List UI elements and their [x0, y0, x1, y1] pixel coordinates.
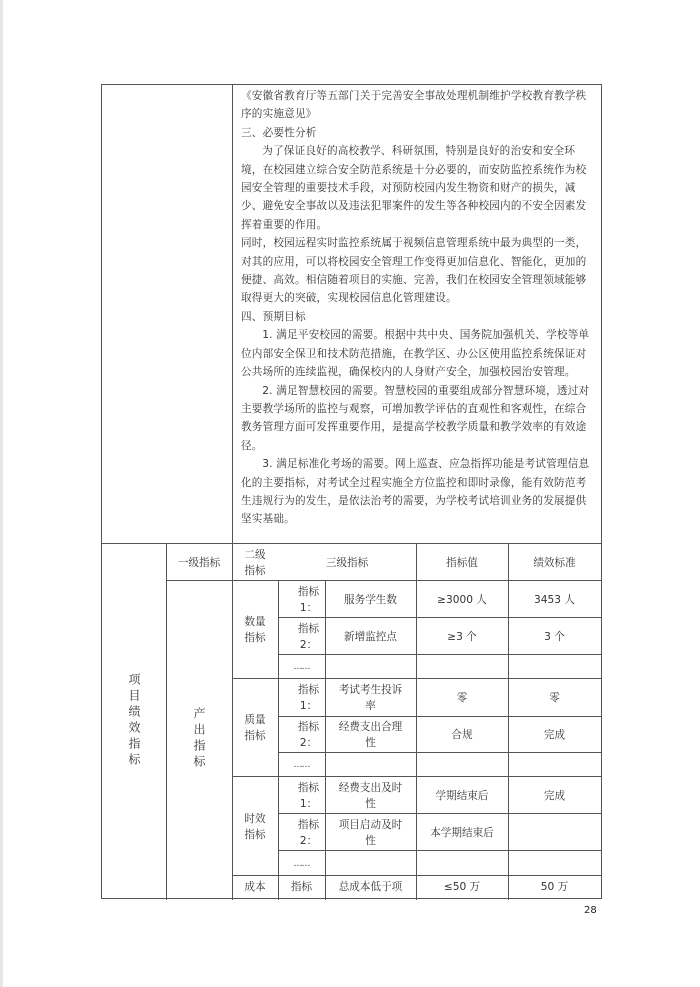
indicator-value: ≤50 万 — [416, 876, 508, 898]
level2-cost: 成本 — [232, 876, 278, 898]
goal-2: 2. 满足智慧校园的需要。智慧校园的重要组成部分智慧环境，透过对主要教学场所的监… — [241, 382, 596, 456]
policy-reference: 《安徽省教育厅等五部门关于完善安全事故处理机制维护学校教育教学秩序的实施意见》 — [241, 87, 596, 124]
level1-output-indicators: 产出指标 — [166, 581, 232, 897]
indicator-index: 指标 1： — [278, 581, 325, 618]
necessity-paragraph-1: 为了保证良好的高校教学、科研氛围，特别是良好的治安和安全环境，在校园建立综合安全… — [241, 142, 596, 234]
indicator-value: ≥3 个 — [416, 618, 508, 655]
indicator-index: 指标 1： — [278, 679, 325, 717]
indicator-value: 学期结束后 — [416, 777, 508, 814]
header-level1: 一级指标 — [166, 544, 232, 581]
indicator-name: 项目启动及时性 — [325, 814, 416, 851]
empty-label-cell — [102, 85, 233, 543]
performance-indicator-table: 项目绩效指标 一级指标 二级指标 三级指标 指标值 绩效标准 产出指标 数量指标… — [101, 543, 602, 899]
goal-3: 3. 满足标准化考场的需要。网上巡查、应急指挥功能是考试管理信息化的主要指标，对… — [241, 455, 596, 529]
page-number: 28 — [584, 905, 597, 916]
indicator-standard: 3453 人 — [508, 581, 601, 618]
indicator-standard: 零 — [508, 679, 601, 717]
indicator-value: 零 — [416, 679, 508, 717]
indicator-name: 服务学生数 — [325, 581, 416, 618]
level2-timeliness: 时效指标 — [232, 777, 278, 876]
level2-quantity: 数量指标 — [232, 581, 278, 679]
section-heading-goals: 四、预期目标 — [241, 308, 596, 326]
indicator-standard: 完成 — [508, 717, 601, 753]
indicator-name: 总成本低于项 — [325, 876, 416, 898]
narrative-text: 《安徽省教育厅等五部门关于完善安全事故处理机制维护学校教育教学秩序的实施意见》 … — [241, 87, 596, 529]
indicator-standard — [508, 814, 601, 851]
necessity-paragraph-2: 同时，校园远程实时监控系统属于视频信息管理系统中最为典型的一类，对其的应用，可以… — [241, 234, 596, 308]
indicator-standard: 3 个 — [508, 618, 601, 655]
indicator-standard: 50 万 — [508, 876, 601, 898]
document-page: 《安徽省教育厅等五部门关于完善安全事故处理机制维护学校教育教学秩序的实施意见》 … — [0, 0, 700, 987]
indicator-index: 指标 2： — [278, 717, 325, 753]
goal-1: 1. 满足平安校园的需要。根据中共中央、国务院加强机关、学校等单位内部安全保卫和… — [241, 326, 596, 381]
indicator-ellipsis: …… — [278, 655, 325, 679]
indicator-value: 本学期结束后 — [416, 814, 508, 851]
indicator-index: 指标 — [278, 876, 325, 898]
header-level3: 三级指标 — [278, 544, 416, 581]
indicator-index: 指标 2： — [278, 618, 325, 655]
header-level2: 二级指标 — [232, 544, 278, 581]
row-label-text: 项目绩效指标 — [125, 673, 143, 769]
indicator-name: 考试考生投诉率 — [325, 679, 416, 717]
indicator-name: 经费支出合理性 — [325, 717, 416, 753]
indicator-ellipsis: …… — [278, 851, 325, 876]
section-heading-necessity: 三、必要性分析 — [241, 124, 596, 142]
header-performance-standard: 绩效标准 — [508, 544, 601, 581]
header-indicator-value: 指标值 — [416, 544, 508, 581]
level1-output-text: 产出指标 — [190, 707, 208, 771]
indicator-index: 指标 1： — [278, 777, 325, 814]
indicator-name: 新增监控点 — [325, 618, 416, 655]
row-label-project-performance: 项目绩效指标 — [102, 544, 166, 897]
indicator-index: 指标 2： — [278, 814, 325, 851]
indicator-standard: 完成 — [508, 777, 601, 814]
indicator-name: 经费支出及时性 — [325, 777, 416, 814]
indicator-value: 合规 — [416, 717, 508, 753]
narrative-section: 《安徽省教育厅等五部门关于完善安全事故处理机制维护学校教育教学秩序的实施意见》 … — [101, 84, 602, 543]
level2-quality: 质量指标 — [232, 679, 278, 777]
indicator-value: ≥3000 人 — [416, 581, 508, 618]
indicator-ellipsis: …… — [278, 753, 325, 777]
